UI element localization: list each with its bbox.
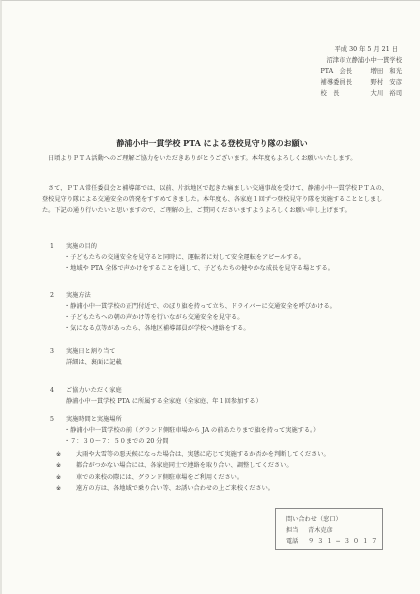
intro-paragraph: さて、ＰＴＡ常任委員会と補導部では、以前、片浜地区で起きた痛ましい交通事故を受け… bbox=[42, 183, 392, 217]
bullet-item: ・気になる点等があったら、各地区補導部員が学校へ連絡をする。 bbox=[50, 323, 336, 334]
letter-header: 平成 30 年 5 月 21 日 沼津市立静浦小中一貫学校 PTA 会長 増田 … bbox=[307, 44, 402, 99]
section-purpose: 1 実施の目的 ・子どもたちの交通安全を見守ると同時に、運転者に対して安全運転を… bbox=[50, 241, 334, 274]
note-text: 大雨や大雪等の悪天候になった場合は、実態に応じて実施するか否かを判断してください… bbox=[76, 449, 330, 460]
section-number: 3 bbox=[50, 346, 66, 357]
note-item: ※ 遠方の方は、各地域で乗り合い等、お誘い合わせの上ご来校ください。 bbox=[56, 483, 330, 494]
note-mark: ※ bbox=[56, 449, 76, 460]
contact-tel-row: 電話 ９３１−３０１７ bbox=[286, 536, 382, 547]
bullet-item: ・静浦小中一貫学校の前（グランド側駐車場から JA の前あたりまで旗を持って実施… bbox=[50, 425, 319, 436]
note-mark: ※ bbox=[56, 483, 76, 494]
bullet-item: ・７：３０〜７：５０までの 20 分間 bbox=[50, 436, 319, 447]
section-heading: 実施時間と実施場所 bbox=[66, 414, 122, 425]
note-mark: ※ bbox=[56, 472, 76, 483]
signatory-name: 増田 和光 bbox=[365, 66, 402, 77]
section-number: 5 bbox=[50, 414, 66, 425]
contact-person: 青木克彦 bbox=[308, 525, 333, 536]
bullet-item: ・静浦小中一貫学校の正門付近で、のぼり旗を持って立ち、ドライバーに交通安全を呼び… bbox=[50, 301, 336, 312]
contact-tel-label: 電話 bbox=[286, 536, 308, 547]
contact-tel: ９３１−３０１７ bbox=[308, 536, 381, 547]
section-number: 4 bbox=[50, 385, 66, 396]
section-heading: 実施日と割り当て bbox=[66, 346, 116, 357]
contact-person-row: 担当 青木克彦 bbox=[286, 525, 382, 536]
issue-date: 平成 30 年 5 月 21 日 bbox=[307, 44, 402, 55]
intro-paragraph: 日頃よりＰＴＡ活動へのご理解ご協力をいただきありがとうございます。本年度もよろし… bbox=[42, 153, 392, 164]
signatory-name: 野村 安彦 bbox=[365, 77, 402, 88]
signatory-role: PTA 会長 bbox=[307, 66, 365, 77]
notes-list: ※ 大雨や大雪等の悪天候になった場合は、実態に応じて実施するか否かを判断してくだ… bbox=[56, 449, 330, 495]
note-text: 都合がつかない場合には、各家庭同士で連絡を取り合い、調整してください。 bbox=[76, 460, 293, 471]
section-number: 2 bbox=[50, 290, 66, 301]
section-text: 詳細は、裏面に記載 bbox=[50, 357, 122, 368]
contact-heading: 問い合わせ（窓口） bbox=[286, 514, 382, 525]
contact-box: 問い合わせ（窓口） 担当 青木克彦 電話 ９３１−３０１７ bbox=[275, 508, 383, 550]
note-item: ※ 大雨や大雪等の悪天候になった場合は、実態に応じて実施するか否かを判断してくだ… bbox=[56, 449, 330, 460]
note-item: ※ 都合がつかない場合には、各家庭同士で連絡を取り合い、調整してください。 bbox=[56, 460, 330, 471]
signatory-row: 補導委員長 野村 安彦 bbox=[307, 77, 402, 88]
section-text: 静浦小中一貫学校 PTA に所属する全家庭（全家庭、年１回参加する） bbox=[50, 396, 262, 407]
note-text: 車での来校の際には、グランド側駐車場をご利用ください。 bbox=[76, 472, 243, 483]
school-name: 沼津市立静浦小中一貫学校 bbox=[307, 55, 402, 66]
signatory-row: PTA 会長 増田 和光 bbox=[307, 66, 402, 77]
contact-person-label: 担当 bbox=[286, 525, 308, 536]
note-text: 遠方の方は、各地域で乗り合い等、お誘い合わせの上ご来校ください。 bbox=[76, 483, 274, 494]
signatory-row: 校 長 大川 裕司 bbox=[307, 88, 402, 99]
signatory-role: 校 長 bbox=[307, 88, 365, 99]
signatory-role: 補導委員長 bbox=[307, 77, 365, 88]
section-method: 2 実施方法 ・静浦小中一貫学校の正門付近で、のぼり旗を持って立ち、ドライバーに… bbox=[50, 290, 336, 334]
section-heading: ご協力いただく家庭 bbox=[66, 385, 122, 396]
section-heading: 実施方法 bbox=[66, 290, 91, 301]
section-schedule: 3 実施日と割り当て 詳細は、裏面に記載 bbox=[50, 346, 122, 368]
document-page: 平成 30 年 5 月 21 日 沼津市立静浦小中一貫学校 PTA 会長 増田 … bbox=[0, 0, 420, 594]
bullet-item: ・子どもたちへの朝の声かけ等を行いながら交通安全を見守る。 bbox=[50, 312, 336, 323]
section-time-place: 5 実施時間と実施場所 ・静浦小中一貫学校の前（グランド側駐車場から JA の前… bbox=[50, 414, 319, 447]
section-heading: 実施の目的 bbox=[66, 241, 97, 252]
signatory-name: 大川 裕司 bbox=[365, 88, 402, 99]
note-item: ※ 車での来校の際には、グランド側駐車場をご利用ください。 bbox=[56, 472, 330, 483]
bullet-item: ・子どもたちの交通安全を見守ると同時に、運転者に対して安全運転をアピールする。 bbox=[50, 252, 334, 263]
note-mark: ※ bbox=[56, 460, 76, 471]
section-households: 4 ご協力いただく家庭 静浦小中一貫学校 PTA に所属する全家庭（全家庭、年１… bbox=[50, 385, 262, 407]
section-number: 1 bbox=[50, 241, 66, 252]
document-title: 静浦小中一貫学校 PTA による登校見守り隊のお願い bbox=[2, 138, 420, 149]
bullet-item: ・地域や PTA 全体で声かけをすることを通して、子どもたちの健やかな成長を見守… bbox=[50, 263, 334, 274]
